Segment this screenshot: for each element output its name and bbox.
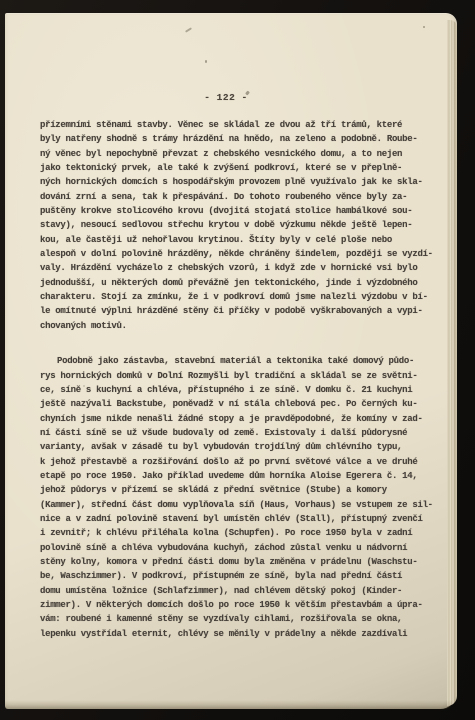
text-line: chovaných motivů.: [40, 319, 450, 333]
text-line: le omítnuté výplni hrázděné stěny či pří…: [40, 304, 450, 318]
text-line: vám: roubené i kamenné stěny se vyzdíval…: [40, 612, 450, 626]
text-line: přízemními stěnami stavby. Věnec se sklá…: [40, 118, 450, 132]
text-line: puštěny krokve stolicového krovu (dvojit…: [40, 204, 450, 218]
text-line: stavy), nesoucí sedlovou střechu krytou …: [40, 218, 450, 232]
scanned-book-photo: - 122 - přízemními stěnami stavby. Věnec…: [0, 0, 475, 720]
text-line: be, Waschzimmer). V podkroví, přístupném…: [40, 569, 450, 583]
paragraph: přízemními stěnami stavby. Věnec se sklá…: [40, 118, 450, 333]
text-line: lepenku vystřídal eternit, chlévy se měn…: [40, 627, 450, 641]
page-bottom-shadow: [5, 700, 453, 709]
paragraph: Podobně jako zástavba, stavební materiál…: [40, 354, 450, 641]
speck: [423, 26, 425, 28]
text-line: ní části síně se už všude budovaly od ze…: [40, 426, 450, 440]
text-line: ných hornických domcích s hospodářským p…: [40, 175, 450, 189]
text-line: rys hornických domků v Dolní Rozmyšli by…: [40, 369, 450, 383]
text-line: Podobně jako zástavba, stavební materiál…: [40, 354, 450, 368]
text-line: charakteru. Stojí za zmínku, že i v podk…: [40, 290, 450, 304]
text-line: (Kammer), střední část domu vyplňovala s…: [40, 498, 450, 512]
text-line: stěny kolny, komora v přední části domu …: [40, 555, 450, 569]
text-line: k jehož přestavbě a rozšiřování došlo až…: [40, 455, 450, 469]
text-line: domu umístěna ložnice (Schlafzimmer), na…: [40, 584, 450, 598]
text-line: jednodušší, u některých domů převážně je…: [40, 276, 450, 290]
text-line: etapě po roce 1950. Jako příklad uvedeme…: [40, 469, 450, 483]
text-line: dování zrní a sena, tak k přespávání. Do…: [40, 190, 450, 204]
text-line: jehož půdorys v přízemí se skládá z před…: [40, 483, 450, 497]
text-line: ještě nazývali Backstube, poněvadž v ní …: [40, 397, 450, 411]
pencil-mark: [185, 27, 192, 32]
text-line: polovině síně a chléva vybudována kuchyň…: [40, 541, 450, 555]
text-line: zimmer). V některých domcích došlo po ro…: [40, 598, 450, 612]
text-line: i zevnitř; k chlévu přiléhala kolna (Sch…: [40, 526, 450, 540]
text-line: chyních jsme nikde nenašli žádné stopy a…: [40, 412, 450, 426]
speck: [205, 60, 207, 63]
text-line: valy. Hrázdění vycházelo z chebských vzo…: [40, 261, 450, 275]
text-line: ce, síně s kuchyní a chléva, přístupného…: [40, 383, 450, 397]
text-line: varianty, avšak v zásadě tu byl vybudová…: [40, 440, 450, 454]
text-line: alespoň v dolní polovině hrázděny, někde…: [40, 247, 450, 261]
text-block: přízemními stěnami stavby. Věnec se sklá…: [40, 118, 450, 641]
text-line: jako tektonický prvek, ale také k zvýšen…: [40, 161, 450, 175]
text-line: kou, ale častěji už nehořlavou krytinou.…: [40, 233, 450, 247]
text-line: ný věnec byl nepochybně převzat z chebsk…: [40, 147, 450, 161]
page-number: - 122 -: [40, 92, 412, 103]
book-page: - 122 - přízemními stěnami stavby. Věnec…: [5, 13, 457, 709]
text-line: byly natřeny shodně s trámy hrázdění na …: [40, 132, 450, 146]
text-line: nice a v zadní polovině stavení byl umís…: [40, 512, 450, 526]
